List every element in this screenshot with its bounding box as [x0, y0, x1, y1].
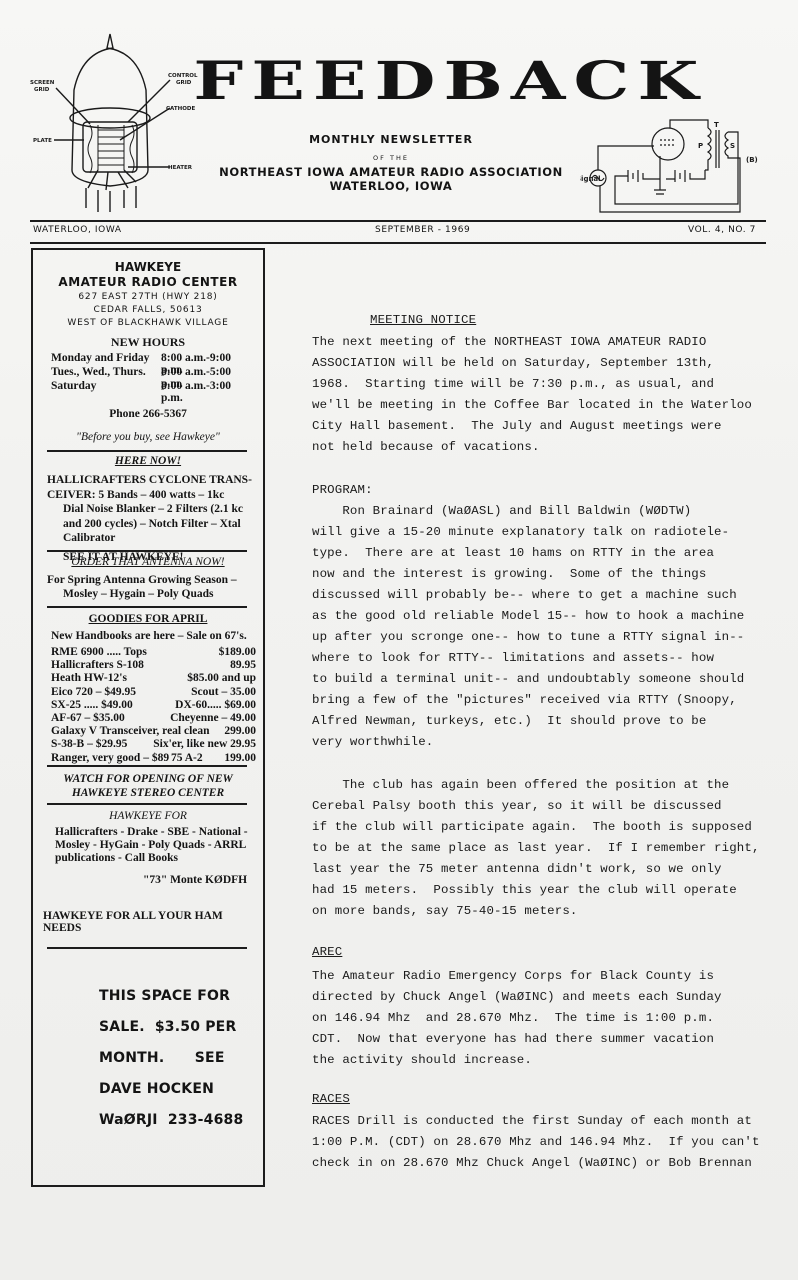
text-line: ASSOCIATION will be held on Saturday, Se…: [312, 353, 752, 374]
text-line: The Amateur Radio Emergency Corps for Bl…: [312, 966, 722, 987]
space-for-sale-line: THIS SPACE FOR: [99, 988, 230, 1004]
tagline: HAWKEYE FOR ALL YOUR HAM NEEDS: [43, 910, 263, 934]
text-line: where to look for RTTY-- limitations and…: [312, 648, 744, 669]
goodies-item: SX-25 ..... $49.00DX-60..... $69.00: [51, 699, 256, 711]
stereo-center-notice: WATCH FOR OPENING OF NEW HAWKEYE STEREO …: [33, 772, 263, 800]
text-line: last year the 75 meter antenna didn't wo…: [312, 859, 760, 880]
store-address-2: CEDAR FALLS, 50613: [33, 305, 263, 315]
store-address-1: 627 EAST 27TH (HWY 218): [33, 292, 263, 302]
header-rule-bottom: [30, 242, 766, 244]
store-name: HAWKEYE: [33, 260, 263, 274]
goodies-item: Heath HW-12's$85.00 and up: [51, 672, 256, 684]
text-line: RACES Drill is conducted the first Sunda…: [312, 1111, 760, 1132]
header-rule-top: [30, 220, 766, 222]
text-line: not held because of vacations.: [312, 437, 752, 458]
program-body: Ron Brainard (WaØASL) and Bill Baldwin (…: [312, 501, 744, 753]
goodies-item: RME 6900 ..... Tops$189.00: [51, 646, 256, 658]
space-for-sale-line: DAVE HOCKEN: [99, 1081, 214, 1097]
goodies-item: Galaxy V Transceiver, real clean299.00: [51, 725, 256, 737]
circuit-diagram-icon: Signal T P S (B): [580, 118, 775, 213]
svg-text:S: S: [730, 142, 735, 150]
brands-list: Hallicrafters - Drake - SBE - National -…: [55, 826, 248, 865]
text-line: Cerebal Palsy booth this year, so it wil…: [312, 796, 760, 817]
svg-text:HEATER: HEATER: [168, 165, 193, 171]
store-slogan: "Before you buy, see Hawkeye": [33, 431, 263, 443]
antenna-heading: ORDER THAT ANTENNA NOW!: [33, 556, 263, 568]
divider: [47, 550, 247, 552]
organization-name: NORTHEAST IOWA AMATEUR RADIO ASSOCIATION: [216, 165, 566, 179]
hours-heading: NEW HOURS: [33, 335, 263, 350]
space-for-sale-line: WaØRJI 233-4688: [99, 1112, 243, 1128]
text-line: will give a 15-20 minute explanatory tal…: [312, 522, 744, 543]
goodies-item: Eico 720 – $49.95Scout – 35.00: [51, 686, 256, 698]
signoff: "73" Monte KØDFH: [143, 874, 247, 886]
newsletter-title: FEEDBACK: [133, 52, 768, 112]
text-line: CDT. Now that everyone has had there sum…: [312, 1029, 722, 1050]
dateline-volume: VOL. 4, NO. 7: [688, 225, 756, 235]
races-body: RACES Drill is conducted the first Sunda…: [312, 1111, 760, 1174]
store-address-3: WEST OF BLACKHAWK VILLAGE: [33, 318, 263, 328]
text-line: on 146.94 Mhz and 28.670 Mhz. The time i…: [312, 1008, 722, 1029]
svg-text:(B): (B): [746, 156, 758, 164]
text-line: type. There are at least 10 hams on RTTY…: [312, 543, 744, 564]
arec-heading: AREC: [312, 942, 342, 963]
text-line: to be at the same place as last year. If…: [312, 838, 760, 859]
antenna-text: For Spring Antenna Growing Season – Mosl…: [47, 573, 237, 601]
text-line: directed by Chuck Angel (WaØINC) and mee…: [312, 987, 722, 1008]
hours-row: Tues., Wed., Thurs.8:00 a.m.-5:00 p.m.: [51, 366, 251, 378]
text-line: City Hall basement. The July and August …: [312, 416, 752, 437]
svg-text:Signal: Signal: [580, 175, 601, 183]
text-line: Alfred Newman, turkeys, etc.) It should …: [312, 711, 744, 732]
meeting-notice-body: The next meeting of the NORTHEAST IOWA A…: [312, 332, 752, 458]
text-line: the activity should increase.: [312, 1050, 722, 1071]
goodies-intro: New Handbooks are here – Sale on 67's.: [51, 630, 247, 642]
races-heading: RACES: [312, 1089, 350, 1110]
svg-text:PLATE: PLATE: [33, 138, 52, 144]
text-line: check in on 28.670 Mhz Chuck Angel (WaØI…: [312, 1153, 760, 1174]
meeting-notice-heading: MEETING NOTICE: [370, 310, 476, 331]
program-heading: PROGRAM:: [312, 480, 373, 501]
hawkeye-for-heading: HAWKEYE FOR: [33, 810, 263, 822]
label-screen-grid: SCREEN: [30, 80, 55, 86]
goodies-item: AF-67 – $35.00Cheyenne – 49.00: [51, 712, 256, 724]
divider: [47, 803, 247, 805]
svg-text:P: P: [698, 142, 703, 150]
space-for-sale-line: SALE. $3.50 PER: [99, 1019, 236, 1035]
text-line: we'll be meeting in the Coffee Bar locat…: [312, 395, 752, 416]
goodies-item: S-38-B – $29.95Six'er, like new 29.95: [51, 738, 256, 750]
text-line: discussed will probably be-- where to ge…: [312, 585, 744, 606]
divider: [47, 606, 247, 608]
text-line: The next meeting of the NORTHEAST IOWA A…: [312, 332, 752, 353]
text-line: The club has again been offered the posi…: [312, 775, 760, 796]
text-line: 1968. Starting time will be 7:30 p.m., a…: [312, 374, 752, 395]
dateline-date: SEPTEMBER - 1969: [375, 225, 470, 235]
divider: [47, 765, 247, 767]
goodies-item: Hallicrafters S-10889.95: [51, 659, 256, 671]
text-line: bring a few of the "pictures" received v…: [312, 690, 744, 711]
organization-city: WATERLOO, IOWA: [216, 179, 566, 193]
hawkeye-advertisement: HAWKEYE AMATEUR RADIO CENTER 627 EAST 27…: [31, 248, 265, 1187]
goodies-heading: GOODIES FOR APRIL: [33, 613, 263, 625]
space-for-sale-line: MONTH. SEE: [99, 1050, 225, 1066]
dateline-location: WATERLOO, IOWA: [33, 225, 122, 235]
text-line: to build a terminal unit-- and undoubtab…: [312, 669, 744, 690]
svg-text:T: T: [714, 121, 719, 129]
divider: [47, 450, 247, 452]
text-line: on more bands, say 75-40-15 meters.: [312, 901, 760, 922]
text-line: now and the interest is growing. Some of…: [312, 564, 744, 585]
store-subtitle: AMATEUR RADIO CENTER: [33, 275, 263, 289]
of-the-text: OF THE: [226, 154, 556, 162]
text-line: very worthwhile.: [312, 732, 744, 753]
hours-row: Monday and Friday8:00 a.m.-9:00 p.m.: [51, 352, 251, 364]
text-line: 1:00 P.M. (CDT) on 28.670 Mhz and 146.94…: [312, 1132, 760, 1153]
svg-text:GRID: GRID: [34, 87, 50, 93]
newsletter-subtitle: MONTHLY NEWSLETTER: [226, 133, 556, 146]
arec-body: The Amateur Radio Emergency Corps for Bl…: [312, 966, 722, 1071]
hours-row: Saturday8:00 a.m.-3:00 p.m.: [51, 380, 251, 392]
text-line: as the good old reliable Model 15-- how …: [312, 606, 744, 627]
store-phone: Phone 266-5367: [33, 408, 263, 420]
text-line: Ron Brainard (WaØASL) and Bill Baldwin (…: [312, 501, 744, 522]
text-line: if the club will participate again. The …: [312, 817, 760, 838]
newsletter-page: SCREENGRID CONTROLGRID CATHODE PLATE HEA…: [0, 0, 798, 1280]
divider: [47, 947, 247, 949]
goodies-item: Ranger, very good – $8975 A-2199.00: [51, 752, 256, 764]
here-now-heading: HERE NOW!: [33, 455, 263, 467]
text-line: had 15 meters. Possibly this year the cl…: [312, 880, 760, 901]
booth-paragraph: The club has again been offered the posi…: [312, 775, 760, 922]
text-line: up after you scronge one-- how to tune a…: [312, 627, 744, 648]
